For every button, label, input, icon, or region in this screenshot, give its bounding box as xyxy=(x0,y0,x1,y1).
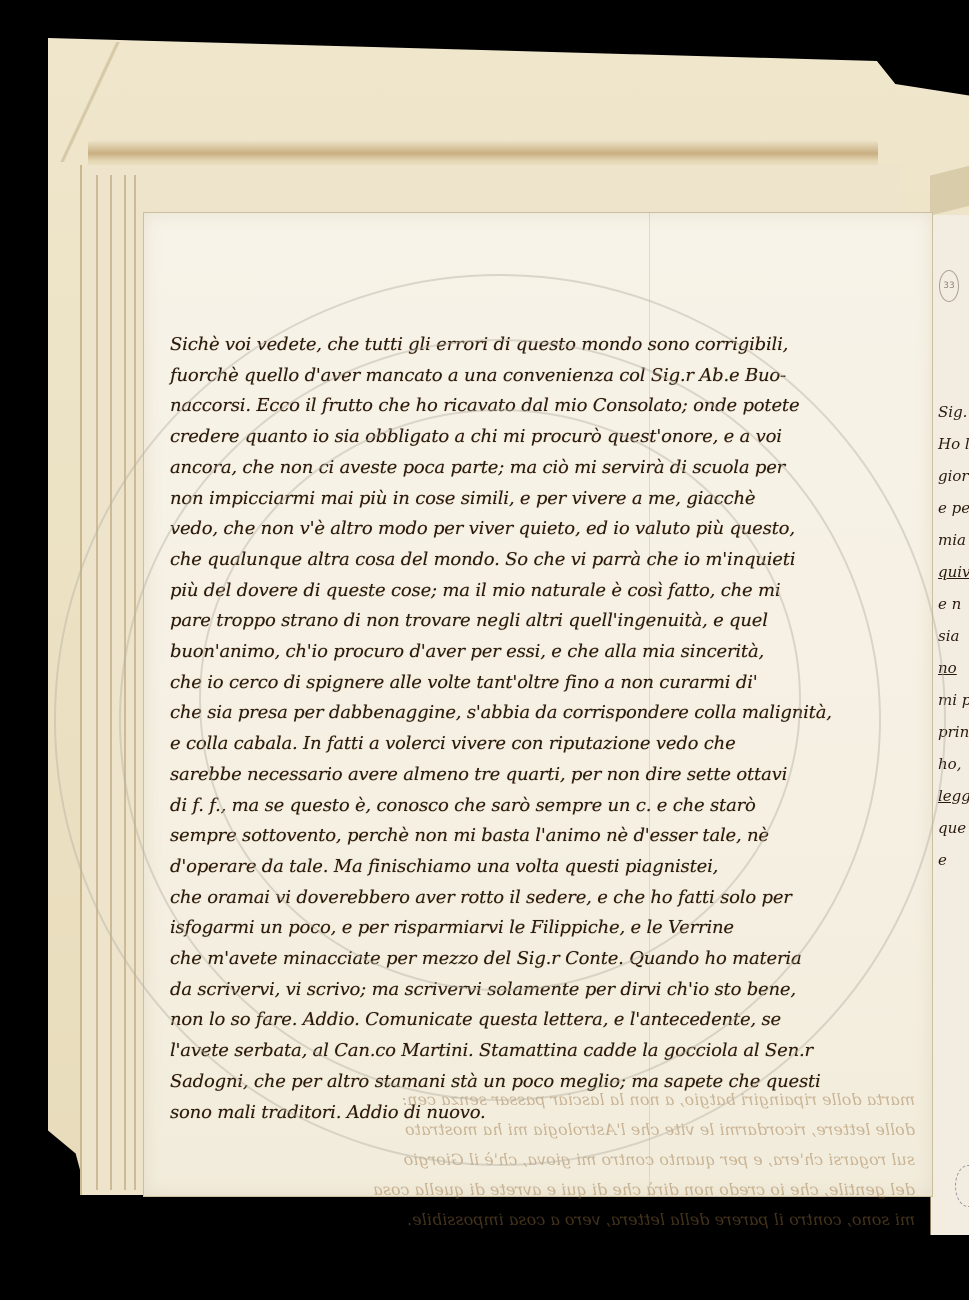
manuscript-line: fuorchè quello d'aver mancato a una conv… xyxy=(170,361,930,392)
letter-body: Sichè voi vedete, che tutti gli errori d… xyxy=(170,330,930,1128)
manuscript-line: credere quanto io sia obbligato a chi mi… xyxy=(170,422,930,453)
stack-sheet-edge xyxy=(96,175,98,1190)
bleed-through-line: sul rogarsi ch'era, e per quanto contro … xyxy=(165,1145,915,1175)
adjacent-letter-fragment: e per xyxy=(938,492,969,524)
manuscript-line: Sadogni, che per altro stamani stà un po… xyxy=(170,1067,930,1098)
adjacent-letter-fragment: giorno xyxy=(938,460,969,492)
bleed-through-line: mi sono, contro il parere della lettera,… xyxy=(165,1205,915,1235)
adjacent-letter-fragment: que xyxy=(938,812,969,844)
manuscript-line: di f. f., ma se questo è, conosco che sa… xyxy=(170,791,930,822)
bleed-through-line: del gentile, che io credo non dirà che d… xyxy=(165,1175,915,1205)
adjacent-letter-fragment: quiv xyxy=(938,556,969,588)
stack-sheet-edge xyxy=(110,175,112,1190)
manuscript-line: che oramai vi doverebbero aver rotto il … xyxy=(170,883,930,914)
manuscript-line: pare troppo strano di non trovare negli … xyxy=(170,606,930,637)
manuscript-line: Sichè voi vedete, che tutti gli errori d… xyxy=(170,330,930,361)
manuscript-line: ancora, che non ci aveste poca parte; ma… xyxy=(170,453,930,484)
adjacent-letter-fragment: legge xyxy=(938,780,969,812)
stack-sheet-edge xyxy=(134,175,136,1190)
manuscript-line: vedo, che non v'è altro modo per viver q… xyxy=(170,514,930,545)
manuscript-line: da scrivervi, vi scrivo; ma scrivervi so… xyxy=(170,975,930,1006)
manuscript-line: non lo so fare. Addio. Comunicate questa… xyxy=(170,1005,930,1036)
adjacent-letter-fragments: Sig.Ho lgiornoe permiaquive nsianomi ppr… xyxy=(938,396,969,876)
manuscript-line: sempre sottovento, perchè non mi basta l… xyxy=(170,821,930,852)
stack-sheet-edge xyxy=(124,175,126,1190)
manuscript-line: che m'avete minacciate per mezzo del Sig… xyxy=(170,944,930,975)
manuscript-line: sono mali traditori. Addio di nuovo. xyxy=(170,1098,930,1129)
adjacent-letter-fragment: Ho l xyxy=(938,428,969,460)
manuscript-line: più del dovere di queste cose; ma il mio… xyxy=(170,576,930,607)
manuscript-line: naccorsi. Ecco il frutto che ho ricavato… xyxy=(170,391,930,422)
manuscript-line: che sia presa per dabbenaggine, s'abbia … xyxy=(170,698,930,729)
adjacent-letter-fragment: no xyxy=(938,652,969,684)
adjacent-letter-fragment: mia xyxy=(938,524,969,556)
manuscript-line: che io cerco di spignere alle volte tant… xyxy=(170,668,930,699)
adjacent-letter-fragment: ho, xyxy=(938,748,969,780)
manuscript-line: isfogarmi un poco, e per risparmiarvi le… xyxy=(170,913,930,944)
adjacent-letter-fragment: mi p xyxy=(938,684,969,716)
adjacent-letter-fragment: e n xyxy=(938,588,969,620)
manuscript-line: d'operare da tale. Ma finischiamo una vo… xyxy=(170,852,930,883)
manuscript-line: che qualunque altra cosa del mondo. So c… xyxy=(170,545,930,576)
manuscript-scene: 33 marta dolle ripaingiri batgio, a non … xyxy=(0,0,969,1300)
manuscript-line: non impicciarmi mai più in cose simili, … xyxy=(170,484,930,515)
folio-number: 33 xyxy=(939,270,959,302)
manuscript-line: buon'animo, ch'io procuro d'aver per ess… xyxy=(170,637,930,668)
adjacent-letter-fragment: sia xyxy=(938,620,969,652)
adjacent-letter-fragment: e xyxy=(938,844,969,876)
adjacent-letter-fragment: Sig. xyxy=(938,396,969,428)
manuscript-line: e colla cabala. In fatti a volerci viver… xyxy=(170,729,930,760)
adjacent-letter-fragment: prin xyxy=(938,716,969,748)
manuscript-line: sarebbe necessario avere almeno tre quar… xyxy=(170,760,930,791)
manuscript-line: l'avete serbata, al Can.co Martini. Stam… xyxy=(170,1036,930,1067)
